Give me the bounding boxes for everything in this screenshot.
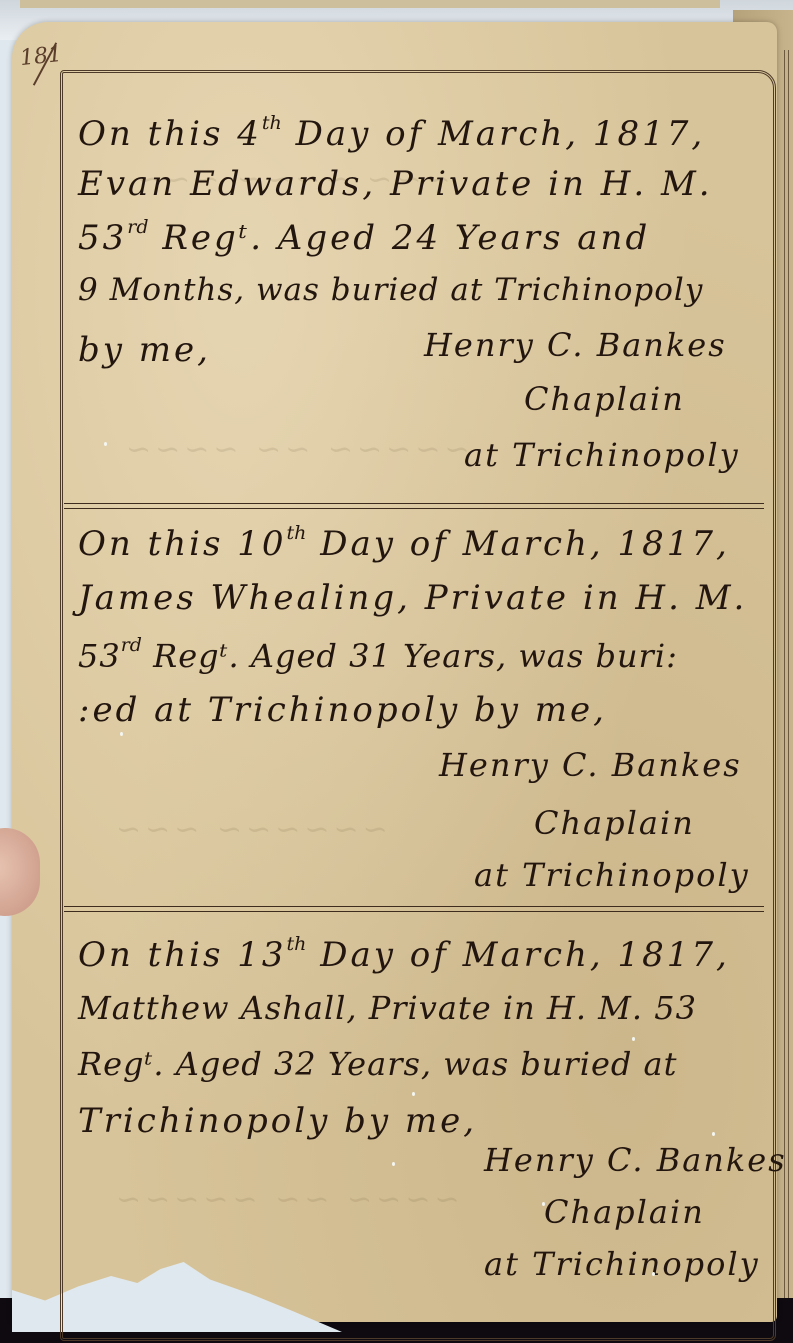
entry-line: On this 4th Day of March, 1817, xyxy=(78,112,705,154)
chaplain-location: at Trichinopoly xyxy=(464,436,740,474)
entry-line: Regᵗ. Aged 32 Years, was buried at xyxy=(78,1045,677,1083)
chaplain-signature: Henry C. Bankes xyxy=(484,1141,787,1179)
entry-line: On this 10th Day of March, 1817, xyxy=(78,522,730,564)
paper-speck xyxy=(104,442,107,446)
paper-speck xyxy=(652,1272,655,1276)
chaplain-title: Chaplain xyxy=(524,380,685,418)
entry-line: by me, xyxy=(78,330,211,370)
entry-divider xyxy=(64,906,764,912)
paper-speck xyxy=(632,1037,635,1041)
paper-speck xyxy=(120,732,123,736)
entry-line: 53rd Regᵗ. Aged 31 Years, was buri: xyxy=(78,634,678,675)
entry-divider xyxy=(64,503,764,509)
paper-speck xyxy=(412,1092,415,1096)
chaplain-signature: Henry C. Bankes xyxy=(439,746,742,784)
burial-entry: On this 10th Day of March, 1817, James W… xyxy=(64,510,764,905)
entry-line: Evan Edwards, Private in H. M. xyxy=(78,164,713,204)
entry-line: Matthew Ashall, Private in H. M. 53 xyxy=(78,989,697,1027)
entry-line: James Whealing, Private in H. M. xyxy=(78,578,747,618)
entry-line: 9 Months, was buried at Trichinopoly xyxy=(78,272,703,308)
paper-speck xyxy=(712,1132,715,1136)
entry-line: :ed at Trichinopoly by me, xyxy=(78,690,607,730)
chaplain-title: Chaplain xyxy=(544,1193,705,1231)
photo-scene: 181 ~~~ ~~~~ ~~~ ~~~~~ ~~ ~~~~ ~~~~~~ ~~… xyxy=(0,0,793,1343)
previous-page-edge xyxy=(20,0,720,8)
entry-line: 53rd Regᵗ. Aged 24 Years and xyxy=(78,216,650,258)
entry-line: Trichinopoly by me, xyxy=(78,1101,477,1141)
paper-speck xyxy=(392,1162,395,1166)
burial-entry: On this 4th Day of March, 1817, Evan Edw… xyxy=(64,92,764,500)
register-page: 181 ~~~ ~~~~ ~~~ ~~~~~ ~~ ~~~~ ~~~~~~ ~~… xyxy=(12,22,777,1322)
paper-speck xyxy=(542,1202,545,1206)
chaplain-location: at Trichinopoly xyxy=(474,856,750,894)
entry-line: On this 13th Day of March, 1817, xyxy=(78,933,730,975)
chaplain-title: Chaplain xyxy=(534,804,695,842)
chaplain-signature: Henry C. Bankes xyxy=(424,326,727,364)
chaplain-location: at Trichinopoly xyxy=(484,1245,760,1283)
burial-entry: On this 13th Day of March, 1817, Matthew… xyxy=(64,915,764,1325)
